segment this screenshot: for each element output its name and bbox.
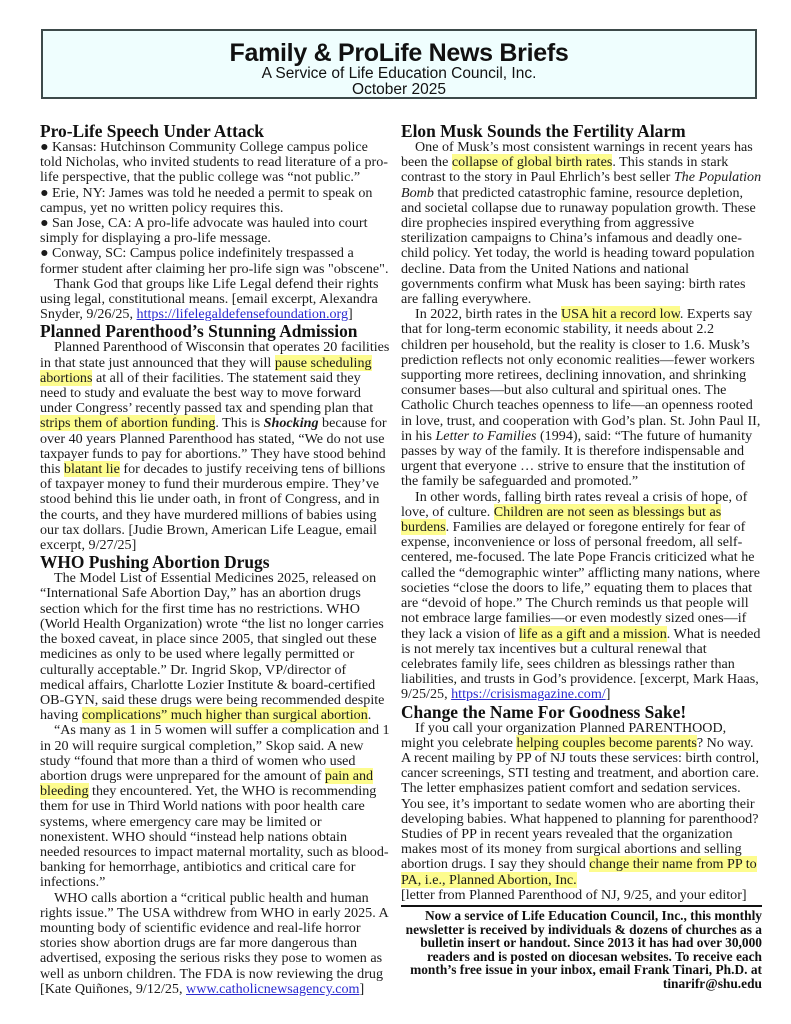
paragraph-text: ] [606, 686, 611, 702]
paragraph-text: . Experts say that for long-term economi… [401, 306, 760, 444]
article-paragraph: Planned Parenthood of Wisconsin that ope… [40, 340, 390, 553]
article-paragraph: The Model List of Essential Medicines 20… [40, 571, 390, 723]
article-pp-admission: Planned Parenthood’s Stunning Admission … [40, 322, 390, 553]
right-column: Elon Musk Sounds the Fertility Alarm One… [401, 122, 762, 991]
source-link[interactable]: www.catholicnewsagency.com [186, 981, 360, 997]
paragraph-text: ] [348, 306, 353, 322]
paragraph-text: . Families are delayed or foregone entir… [401, 519, 760, 641]
paragraph-text: In 2022, birth rates in the [415, 306, 561, 322]
paragraph-text: ] [360, 981, 365, 997]
source-link[interactable]: https://crisismagazine.com/ [451, 686, 606, 702]
article-headline: Elon Musk Sounds the Fertility Alarm [401, 122, 762, 140]
bullet-item: ● Erie, NY: James was told he needed a p… [40, 186, 390, 216]
highlighted-text: USA hit a record low [561, 306, 680, 322]
subscription-note: Now a service of Life Education Council,… [401, 905, 762, 991]
highlighted-text: complications” much higher than surgical… [82, 707, 368, 723]
article-headline: Change the Name For Goodness Sake! [401, 703, 762, 721]
paragraph-text: ? No way. A recent mailing by PP of NJ t… [401, 735, 759, 873]
paragraph-text: The Model List of Essential Medicines 20… [40, 570, 384, 723]
article-citation: [letter from Planned Parenthood of NJ, 9… [401, 888, 762, 903]
article-headline: Pro-Life Speech Under Attack [40, 122, 390, 140]
article-paragraph: One of Musk’s most consistent warnings i… [401, 140, 762, 307]
article-paragraph: If you call your organization Planned PA… [401, 721, 762, 888]
paragraph-text: they encountered. Yet, the WHO is recomm… [40, 783, 389, 890]
highlighted-text: strips them of abortion funding [40, 415, 215, 431]
paragraph-text: . [368, 707, 372, 723]
article-headline: Planned Parenthood’s Stunning Admission [40, 322, 390, 340]
article-musk-fertility: Elon Musk Sounds the Fertility Alarm One… [401, 122, 762, 703]
source-link[interactable]: https://lifelegaldefensefoundation.org [137, 306, 348, 322]
bullet-item: ● Kansas: Hutchinson Community College c… [40, 140, 390, 186]
emphasis-text: Shocking [264, 415, 319, 431]
highlighted-text: collapse of global birth rates [452, 154, 612, 170]
bullet-item: ● San Jose, CA: A pro-life advocate was … [40, 216, 390, 246]
left-column: Pro-Life Speech Under Attack ● Kansas: H… [40, 122, 390, 997]
article-paragraph: Thank God that groups like Life Legal de… [40, 277, 390, 323]
article-headline: WHO Pushing Abortion Drugs [40, 553, 390, 571]
article-paragraph: WHO calls abortion a “critical public he… [40, 891, 390, 997]
highlighted-text: helping couples become parents [516, 735, 696, 751]
issue-date: October 2025 [43, 82, 755, 98]
article-paragraph: “As many as 1 in 5 women will suffer a c… [40, 723, 390, 890]
paragraph-text: . This is [215, 415, 263, 431]
newsletter-title: Family & ProLife News Briefs [43, 40, 755, 66]
paragraph-text: that predicted catastrophic famine, reso… [401, 185, 756, 307]
masthead: Family & ProLife News Briefs A Service o… [41, 29, 757, 99]
article-speech-under-attack: Pro-Life Speech Under Attack ● Kansas: H… [40, 122, 390, 322]
article-paragraph: In 2022, birth rates in the USA hit a re… [401, 307, 762, 489]
article-paragraph: In other words, falling birth rates reve… [401, 490, 762, 703]
highlighted-text: life as a gift and a mission [519, 626, 667, 642]
bullet-item: ● Conway, SC: Campus police indefinitely… [40, 246, 390, 276]
article-who-abortion-drugs: WHO Pushing Abortion Drugs The Model Lis… [40, 553, 390, 997]
article-change-the-name: Change the Name For Goodness Sake! If yo… [401, 703, 762, 903]
book-title: Letter to Families [435, 428, 536, 444]
newsletter-subtitle: A Service of Life Education Council, Inc… [43, 66, 755, 82]
highlighted-text: blatant lie [64, 461, 120, 477]
